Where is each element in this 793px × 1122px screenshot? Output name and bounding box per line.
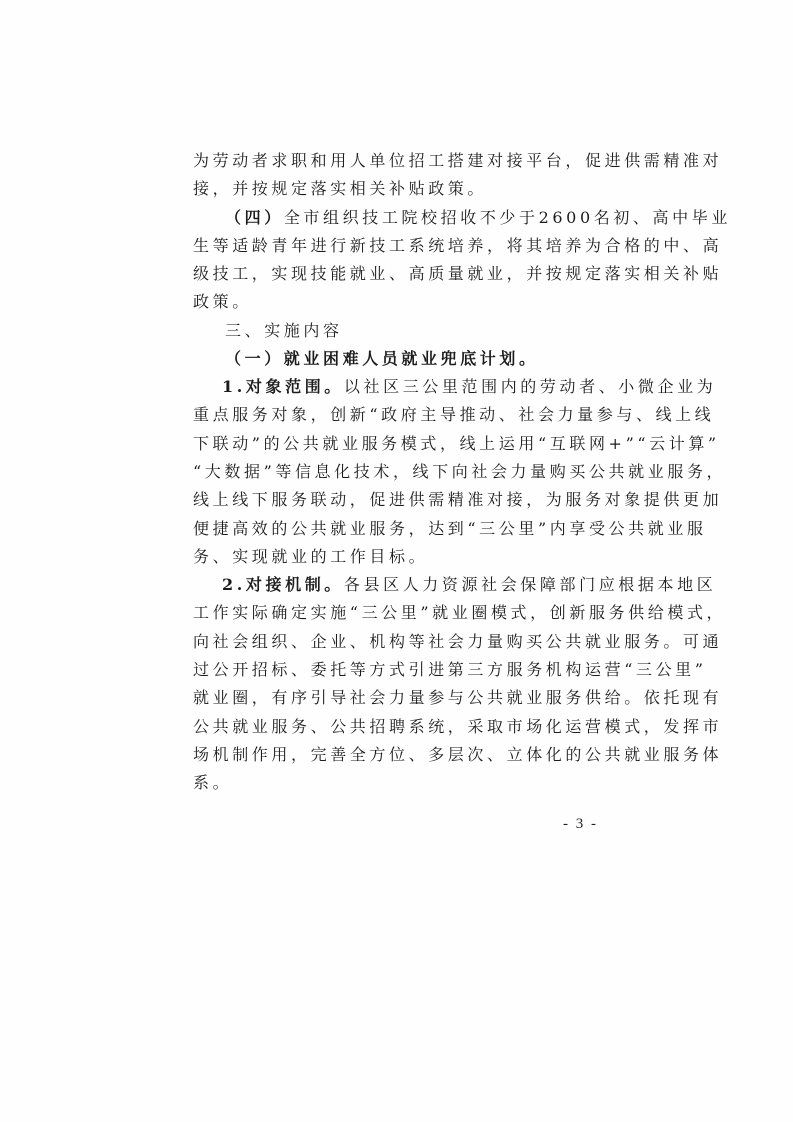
paragraph-line: 务、实现就业的工作目标。 <box>193 545 603 569</box>
paragraph-line: 过公开招标、委托等方式引进第三方服务机构运营“三公里” <box>193 658 603 682</box>
paragraph-line: 重点服务对象，创新“政府主导推动、社会力量参与、线上线 <box>193 403 603 427</box>
paragraph-line: 生等适龄青年进行新技工系统培养，将其培养为合格的中、高 <box>193 234 603 258</box>
document-page: 为劳动者求职和用人单位招工搭建对接平台，促进供需精准对 接，并按规定落实相关补贴… <box>0 0 793 1122</box>
line-text: 下联动”的公共就业服务模式，线上运用“互联网+”“云计算” <box>193 434 720 453</box>
heading-text: 三、实施内容 <box>225 321 343 340</box>
line-text: 接，并按规定落实相关补贴政策。 <box>193 179 487 198</box>
paragraph-line: 系。 <box>193 771 603 795</box>
line-text: 线上线下服务联动，促进供需精准对接，为服务对象提供更加 <box>193 490 722 509</box>
line-text: 就业圈，有序引导社会力量参与公共就业服务供给。依托现有 <box>193 688 722 707</box>
item-title-scope: 1.对象范围。 <box>222 377 344 396</box>
paragraph-line: “大数据”等信息化技术，线下向社会力量购买公共就业服务， <box>193 460 603 484</box>
line-text: 公共就业服务、公共招聘系统，采取市场化运营模式，发挥市 <box>193 717 722 736</box>
paragraph-line-scope: 1.对象范围。以社区三公里范围内的劳动者、小微企业为 <box>222 375 632 399</box>
paragraph-line: 级技工，实现技能就业、高质量就业，并按规定落实相关补贴 <box>193 262 603 286</box>
section-heading-implementation: 三、实施内容 <box>225 319 635 343</box>
paragraph-line: 就业圈，有序引导社会力量参与公共就业服务供给。依托现有 <box>193 686 603 710</box>
heading-text: （一）就业困难人员就业兜底计划。 <box>225 349 539 368</box>
line-text: 以社区三公里范围内的劳动者、小微企业为 <box>344 377 716 396</box>
line-text: 务、实现就业的工作目标。 <box>193 547 428 566</box>
paragraph-line: 为劳动者求职和用人单位招工搭建对接平台，促进供需精准对 <box>193 149 603 173</box>
line-text: 系。 <box>193 773 232 792</box>
paragraph-line: 向社会组织、企业、机构等社会力量购买公共就业服务。可通 <box>193 630 603 654</box>
paragraph-line-mechanism: 2.对接机制。各县区人力资源社会保障部门应根据本地区 <box>222 573 632 597</box>
paragraph-line: 政策。 <box>193 290 603 314</box>
line-text: 全市组织技工院校招收不少于2600名初、高中毕业 <box>284 208 731 227</box>
paragraph-line: 线上线下服务联动，促进供需精准对接，为服务对象提供更加 <box>193 488 603 512</box>
line-text: 过公开招标、委托等方式引进第三方服务机构运营“三公里” <box>193 660 707 679</box>
line-text: 便捷高效的公共就业服务，达到“三公里”内享受公共就业服 <box>193 519 707 538</box>
line-text: “大数据”等信息化技术，线下向社会力量购买公共就业服务， <box>193 462 726 481</box>
paragraph-line: 下联动”的公共就业服务模式，线上运用“互联网+”“云计算” <box>193 432 603 456</box>
paragraph-line: 便捷高效的公共就业服务，达到“三公里”内享受公共就业服 <box>193 517 603 541</box>
line-text: 场机制作用，完善全方位、多层次、立体化的公共就业服务体 <box>193 745 722 764</box>
item-title-mechanism: 2.对接机制。 <box>222 575 344 594</box>
line-text: 向社会组织、企业、机构等社会力量购买公共就业服务。可通 <box>193 632 722 651</box>
line-text: 各县区人力资源社会保障部门应根据本地区 <box>344 575 716 594</box>
paragraph-line: 接，并按规定落实相关补贴政策。 <box>193 177 603 201</box>
paragraph-line: 工作实际确定实施“三公里”就业圈模式，创新服务供给模式， <box>193 601 603 625</box>
page-number: - 3 - <box>563 814 598 834</box>
line-text: 生等适龄青年进行新技工系统培养，将其培养为合格的中、高 <box>193 236 722 255</box>
line-text: 政策。 <box>193 292 252 311</box>
line-text: 为劳动者求职和用人单位招工搭建对接平台，促进供需精准对 <box>193 151 722 170</box>
subsection-heading-one: （一）就业困难人员就业兜底计划。 <box>225 347 635 371</box>
line-text: 重点服务对象，创新“政府主导推动、社会力量参与、线上线 <box>193 405 714 424</box>
paragraph-line: 公共就业服务、公共招聘系统，采取市场化运营模式，发挥市 <box>193 715 603 739</box>
item-number-four: （四） <box>225 208 284 227</box>
line-text: 级技工，实现技能就业、高质量就业，并按规定落实相关补贴 <box>193 264 722 283</box>
paragraph-line: 场机制作用，完善全方位、多层次、立体化的公共就业服务体 <box>193 743 603 767</box>
paragraph-line-item-four: （四）全市组织技工院校招收不少于2600名初、高中毕业 <box>225 206 635 230</box>
line-text: 工作实际确定实施“三公里”就业圈模式，创新服务供给模式， <box>193 603 726 622</box>
